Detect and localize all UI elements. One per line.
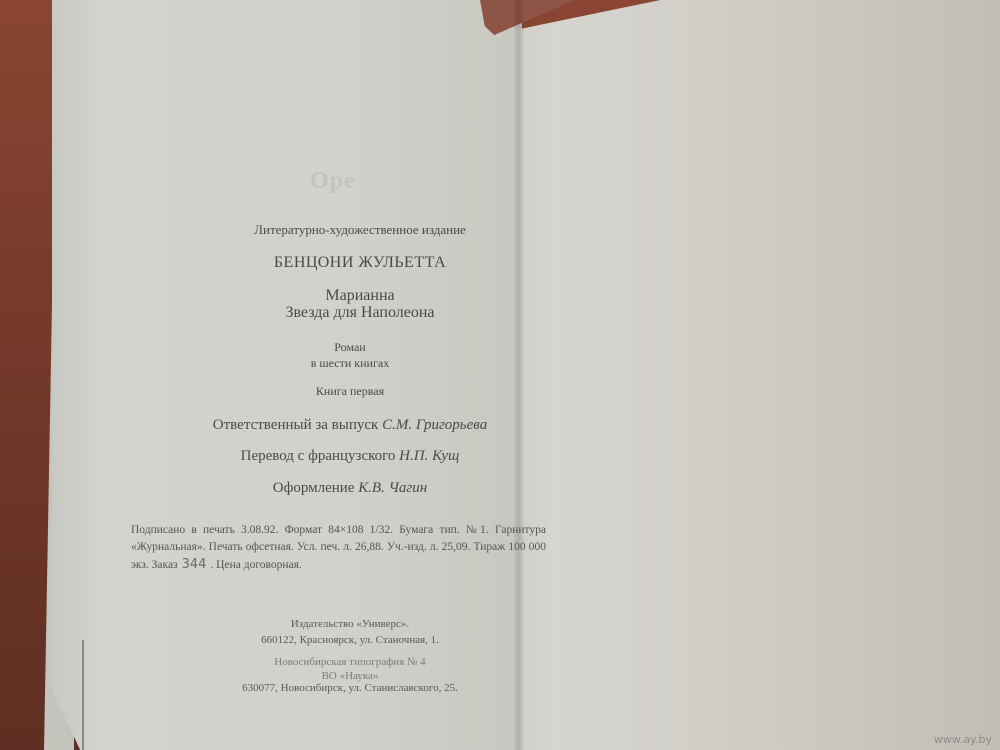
credit-name: С.М. Григорьева <box>382 417 487 433</box>
book-number: Книга первая <box>270 384 430 399</box>
credit-design: Оформление К.В. Чагин <box>170 480 530 497</box>
imprint-details: Подписано в печать 3.08.92. Формат 84×10… <box>131 522 546 574</box>
credit-role: Ответственный за выпуск <box>213 417 379 433</box>
credit-role: Перевод с французского <box>241 448 396 464</box>
credit-role: Оформление <box>273 480 355 496</box>
right-page-blank <box>515 0 1000 750</box>
printer-address: 630077, Новосибирск, ул. Станиславского,… <box>200 682 500 694</box>
genre: Роман <box>270 340 430 355</box>
series-info: в шести книгах <box>270 356 430 371</box>
author-name: БЕНЦОНИ ЖУЛЬЕТТА <box>220 254 500 272</box>
printer-name: Новосибирская типография № 4 <box>200 656 500 668</box>
imprint-price: . Цена договорная. <box>210 559 301 571</box>
book-gutter <box>514 0 524 750</box>
book-subtitle: Звезда для Наполеона <box>220 304 500 322</box>
show-through-text: Оре <box>310 168 356 195</box>
publisher-name: Издательство «Универс». <box>200 618 500 630</box>
page-edge-shadow <box>82 640 84 750</box>
watermark: www.ay.by <box>934 733 992 746</box>
book-title: Марианна <box>220 287 500 305</box>
publisher-address: 660122, Красноярск, ул. Станочная, 1. <box>200 634 500 646</box>
credit-name: Н.П. Кущ <box>399 448 459 464</box>
credit-name: К.В. Чагин <box>358 480 427 496</box>
credit-translator: Перевод с французского Н.П. Кущ <box>170 448 530 465</box>
order-number-handwritten: 344 <box>182 557 207 572</box>
credit-editor: Ответственный за выпуск С.М. Григорьева <box>170 417 530 434</box>
printer-org: ВО «Наука» <box>200 670 500 682</box>
edition-type: Литературно-художественное издание <box>220 222 500 238</box>
